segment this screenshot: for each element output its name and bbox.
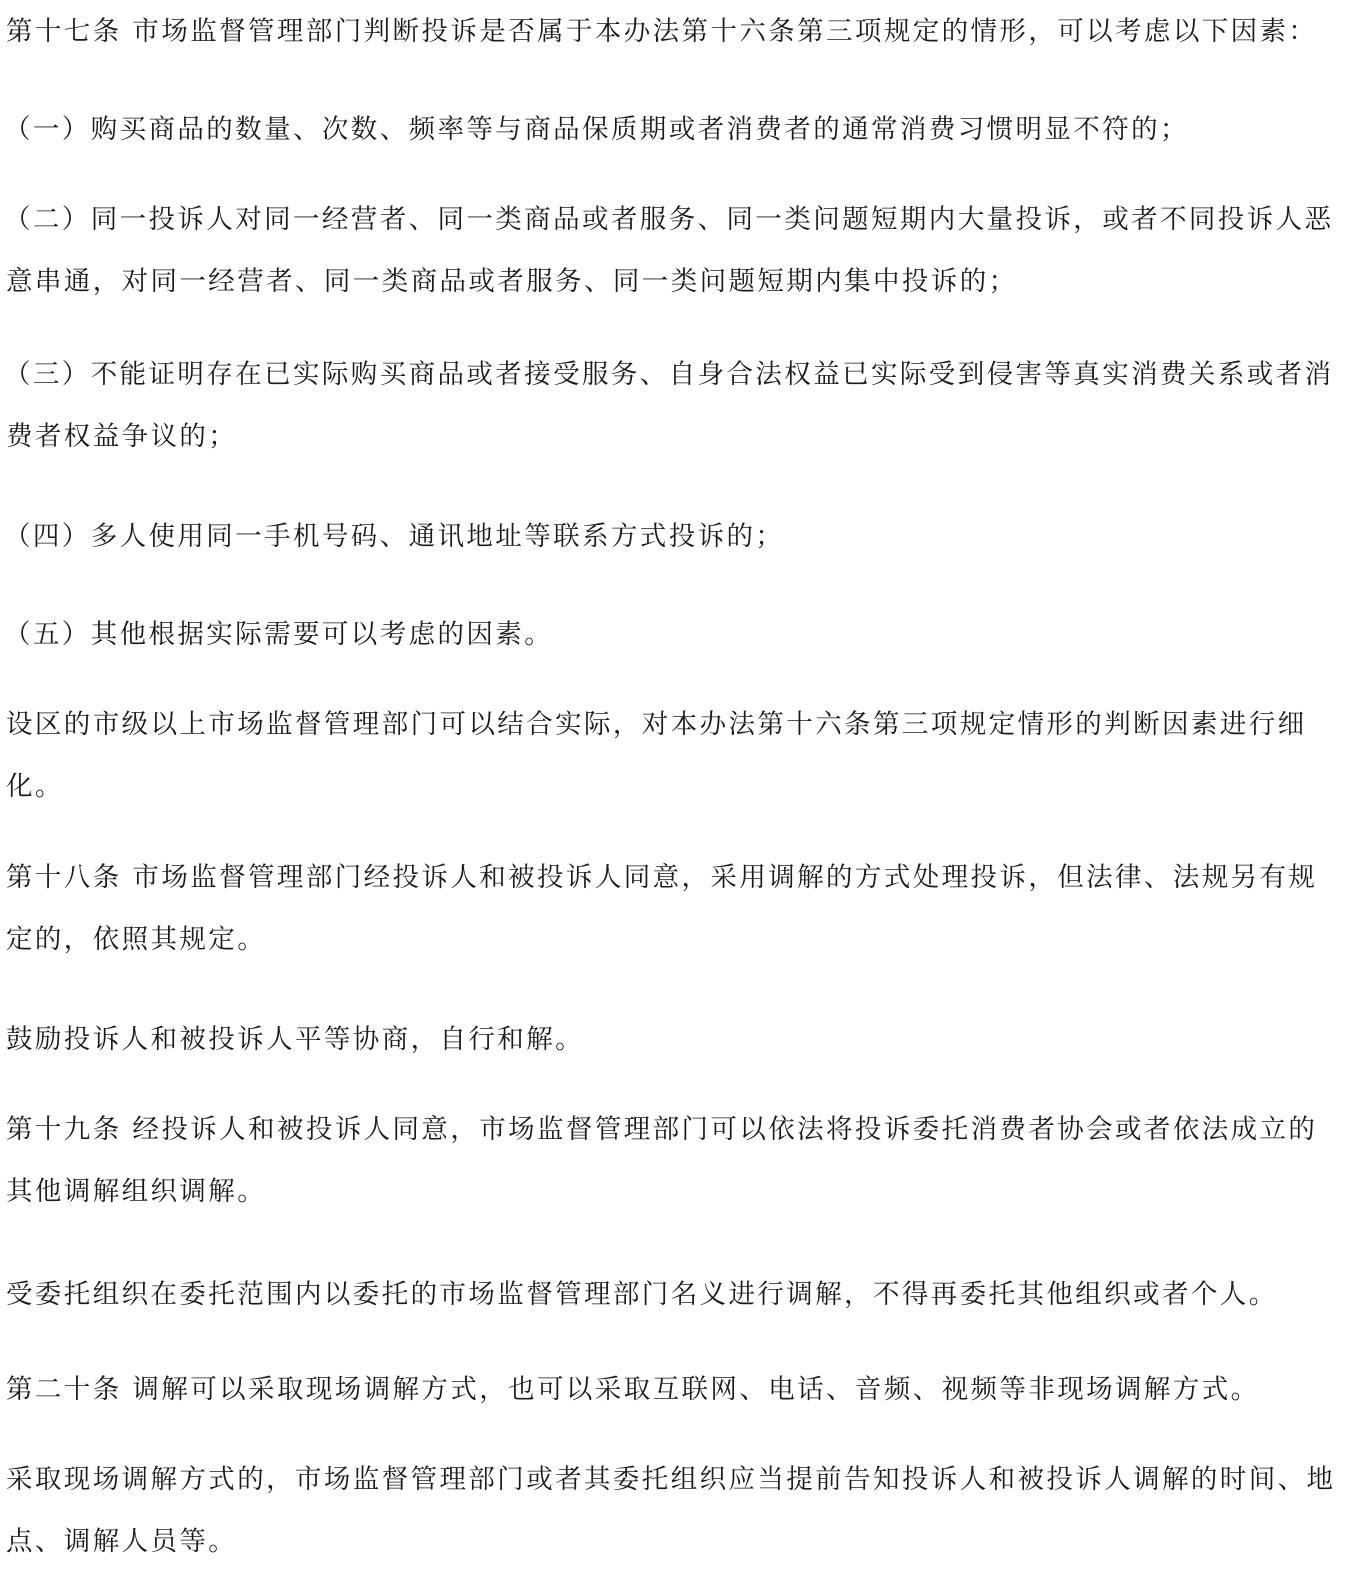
article-20-para-2-line-1: 采取现场调解方式的，市场监督管理部门或者其委托组织应当提前告知投诉人和被投诉人调…: [6, 1462, 1372, 1498]
article-17-item-1: （一）购买商品的数量、次数、频率等与商品保质期或者消费者的通常消费习惯明显不符的…: [4, 112, 1370, 148]
article-17-heading: 第十七条 市场监督管理部门判断投诉是否属于本办法第十六条第三项规定的情形，可以考…: [6, 14, 1372, 50]
article-20-heading: 第二十条 调解可以采取现场调解方式，也可以采取互联网、电话、音频、视频等非现场调…: [6, 1372, 1372, 1408]
article-17-item-3-line-1: （三）不能证明存在已实际购买商品或者接受服务、自身合法权益已实际受到侵害等真实消…: [4, 357, 1370, 393]
article-19-para-2: 受委托组织在委托范围内以委托的市场监督管理部门名义进行调解，不得再委托其他组织或…: [6, 1277, 1372, 1313]
article-17-item-2-line-2: 意串通，对同一经营者、同一类商品或者服务、同一类问题短期内集中投诉的；: [6, 264, 1372, 300]
article-18-para-2: 鼓励投诉人和被投诉人平等协商，自行和解。: [6, 1022, 1372, 1058]
article-18-heading-line-1: 第十八条 市场监督管理部门经投诉人和被投诉人同意，采用调解的方式处理投诉，但法律…: [6, 860, 1372, 896]
article-17-item-5: （五）其他根据实际需要可以考虑的因素。: [4, 617, 1370, 653]
article-17-para-2-line-2: 化。: [6, 769, 1372, 805]
article-19-heading-line-2: 其他调解组织调解。: [6, 1174, 1372, 1210]
article-17-para-2-line-1: 设区的市级以上市场监督管理部门可以结合实际，对本办法第十六条第三项规定情形的判断…: [6, 707, 1372, 743]
article-18-heading-line-2: 定的，依照其规定。: [6, 922, 1372, 958]
article-17-item-3-line-2: 费者权益争议的；: [6, 419, 1372, 455]
article-19-heading-line-1: 第十九条 经投诉人和被投诉人同意，市场监督管理部门可以依法将投诉委托消费者协会或…: [6, 1112, 1372, 1148]
article-17-item-2-line-1: （二）同一投诉人对同一经营者、同一类商品或者服务、同一类问题短期内大量投诉，或者…: [4, 202, 1370, 238]
article-17-item-4: （四）多人使用同一手机号码、通讯地址等联系方式投诉的；: [4, 519, 1370, 555]
article-20-para-2-line-2: 点、调解人员等。: [6, 1524, 1372, 1560]
